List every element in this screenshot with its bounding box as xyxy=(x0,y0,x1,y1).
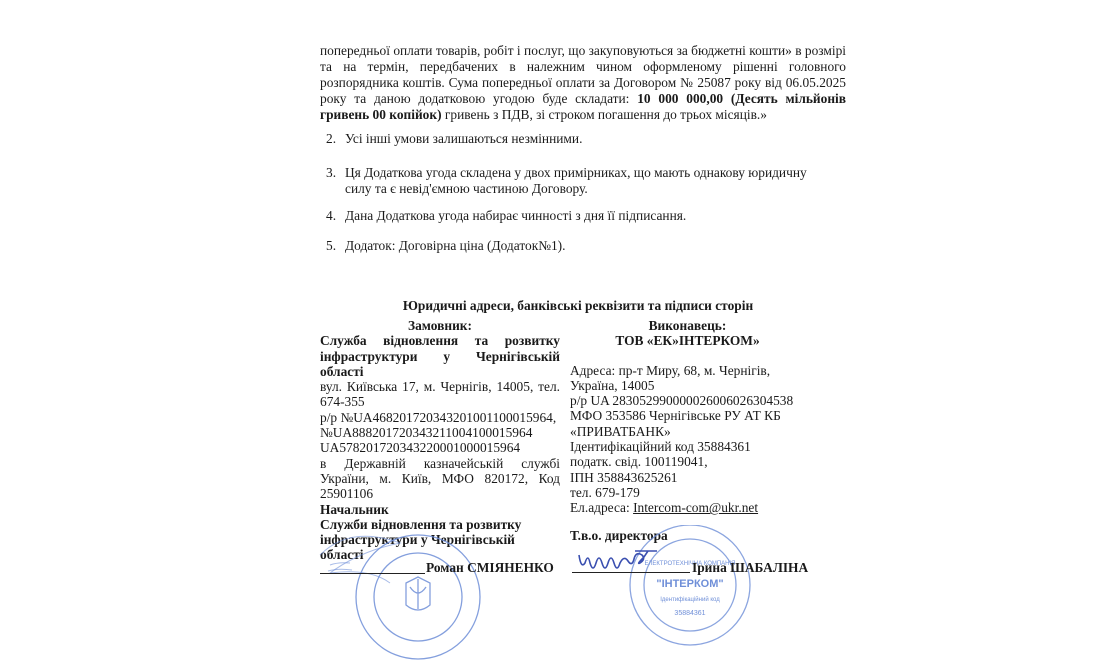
svg-text:"ІНТЕРКОМ": "ІНТЕРКОМ" xyxy=(656,578,723,590)
contractor-account: р/р UA 283052990000026006026304538 xyxy=(570,393,805,408)
customer-signatory: Роман СМІЯНЕНКО xyxy=(426,560,554,576)
customer-account-2: №UA888201720343211004100015964 xyxy=(320,425,560,440)
contractor-signature-line xyxy=(572,572,690,573)
item-number: 4. xyxy=(326,208,336,224)
list-item: 4. Дана Додаткова угода набирає чинності… xyxy=(326,208,836,224)
customer-bank: в Державній казначейській службі України… xyxy=(320,456,560,502)
item-text: Ця Додаткова угода складена у двох примі… xyxy=(345,165,836,197)
item-number: 2. xyxy=(326,131,336,147)
contractor-id-code: Ідентифікаційний код 35884361 xyxy=(570,439,805,454)
customer-address: вул. Київська 17, м. Чернігів, 14005, те… xyxy=(320,379,560,410)
item-text: Додаток: Договірна ціна (Додаток№1). xyxy=(345,238,836,254)
contractor-role: Виконавець: xyxy=(570,318,805,333)
customer-role: Замовник: xyxy=(320,318,560,333)
contractor-ipn: ІПН 358843625261 xyxy=(570,470,805,485)
payment-terms-paragraph: попередньої оплати товарів, робіт і посл… xyxy=(320,43,846,123)
contractor-address: Адреса: пр-т Миру, 68, м. Чернігів, Укра… xyxy=(570,363,805,394)
email-label: Ел.адреса: xyxy=(570,500,633,515)
list-item: 5. Додаток: Договірна ціна (Додаток№1). xyxy=(326,238,836,254)
contractor-bank: МФО 353586 Чернігівське РУ АТ КБ «ПРИВАТ… xyxy=(570,408,805,439)
svg-text:35884361: 35884361 xyxy=(674,610,705,617)
contractor-phone: тел. 679-179 xyxy=(570,485,805,500)
item-text: Усі інші умови залишаються незмінними. xyxy=(345,131,836,147)
email-link[interactable]: Intercom-com@ukr.net xyxy=(633,500,758,515)
customer-signature-line xyxy=(320,573,425,574)
contractor-details: Виконавець: ТОВ «ЕК»ІНТЕРКОМ» Адреса: пр… xyxy=(570,318,805,543)
item-text: Дана Додаткова угода набирає чинності з … xyxy=(345,208,836,224)
svg-text:Ідентифікаційний код: Ідентифікаційний код xyxy=(660,596,720,603)
item-number: 5. xyxy=(326,238,336,254)
item-number: 3. xyxy=(326,165,336,181)
contractor-signature-icon xyxy=(575,545,675,573)
contractor-name: ТОВ «ЕК»ІНТЕРКОМ» xyxy=(570,333,805,348)
customer-stamp-icon xyxy=(318,515,488,665)
list-item: 2. Усі інші умови залишаються незмінними… xyxy=(326,131,836,147)
document-page: попередньої оплати товарів, робіт і посл… xyxy=(0,0,1100,665)
customer-name: Служба відновлення та розвитку інфрастру… xyxy=(320,333,560,379)
paragraph-tail: гривень з ПДВ, зі строком погашення до т… xyxy=(442,107,767,122)
parties-heading: Юридичні адреси, банківські реквізити та… xyxy=(320,298,836,314)
list-item: 3. Ця Додаткова угода складена у двох пр… xyxy=(326,165,836,197)
customer-account-3: UA578201720343220001000015964 xyxy=(320,440,560,455)
contractor-email-row: Ел.адреса: Intercom-com@ukr.net xyxy=(570,500,805,515)
contractor-tax-cert: податк. свід. 100119041, xyxy=(570,454,805,469)
customer-account-1: р/р №UA468201720343201001100015964, xyxy=(320,410,560,425)
contractor-signatory: Ірина ШАБАЛІНА xyxy=(692,560,808,576)
